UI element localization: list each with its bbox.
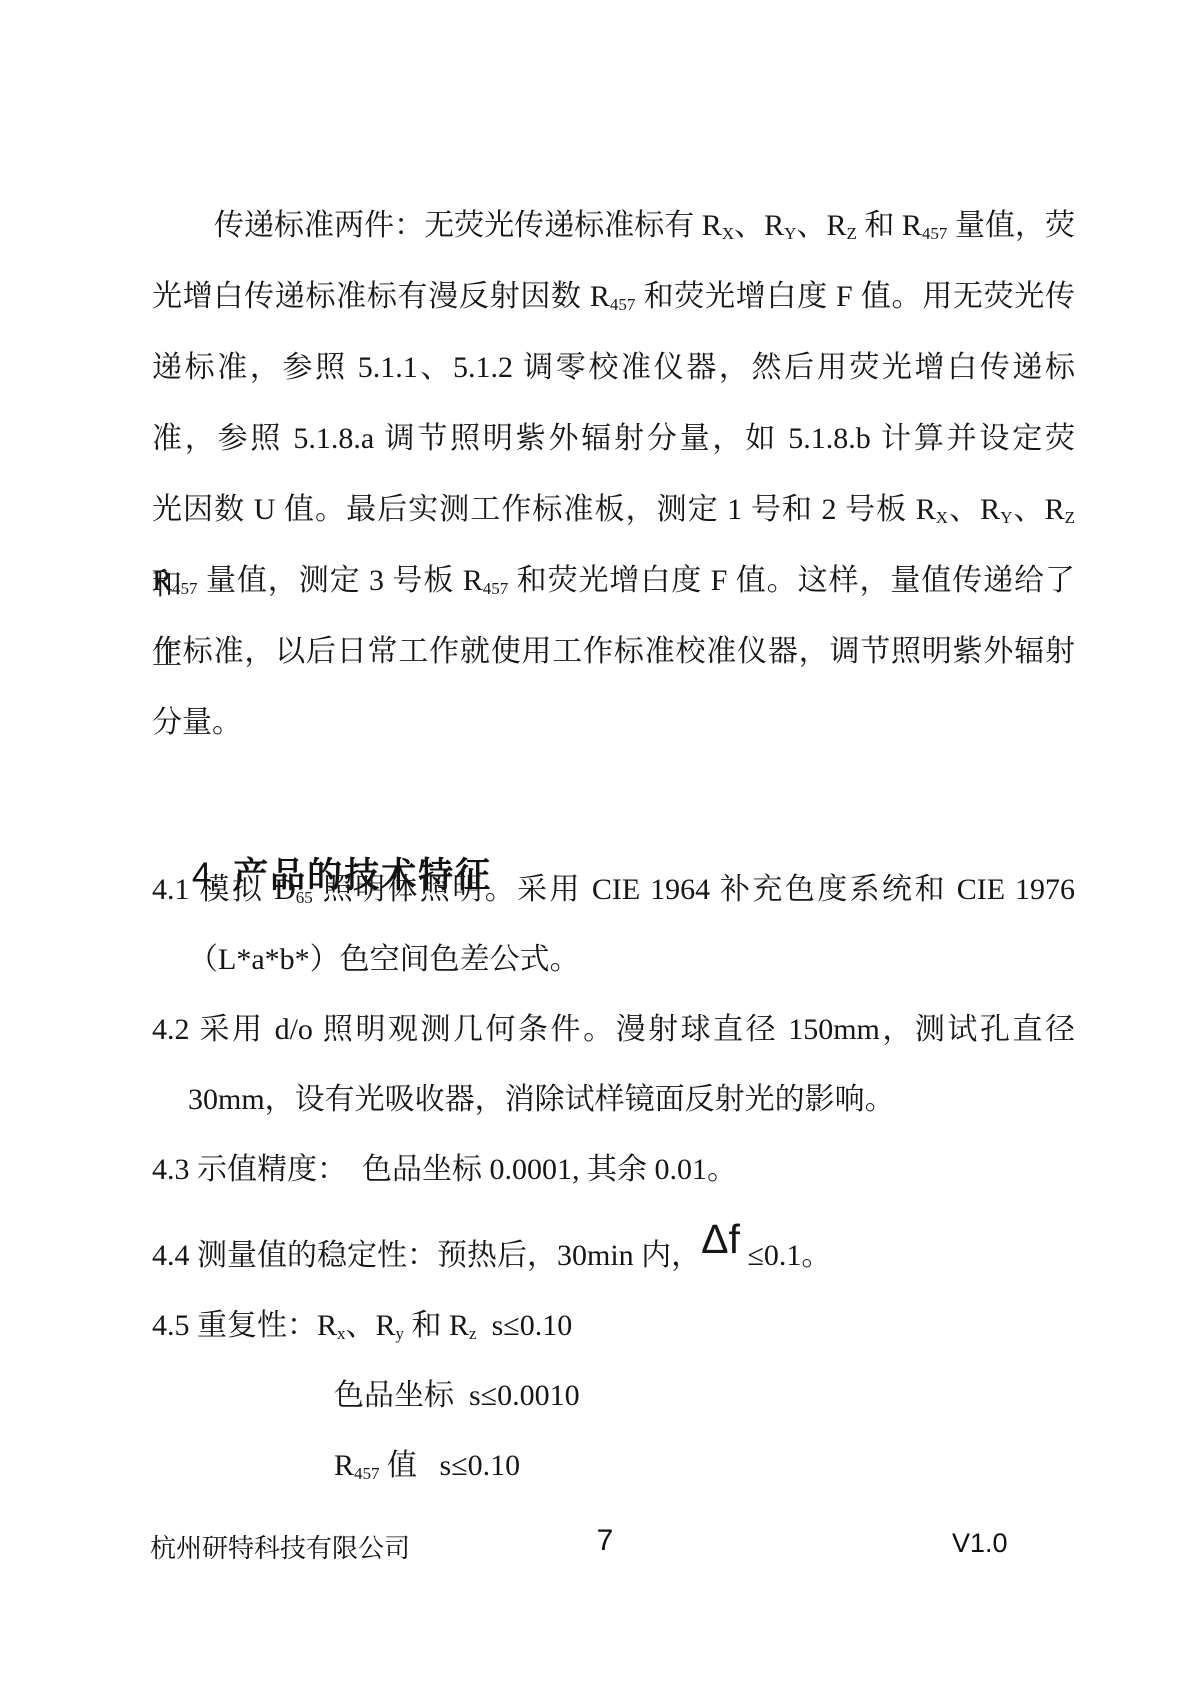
text-run: 4.3 示值精度： 色品坐标 0.0001, 其余 0.01。: [152, 1153, 737, 1186]
text-run: 和 R: [404, 1309, 469, 1342]
text-run: 、R: [346, 1309, 396, 1342]
text-run: 分量。: [152, 706, 242, 739]
subscript-text: Y: [1000, 508, 1012, 527]
subscript-text: z: [469, 1324, 477, 1343]
text-run: R: [334, 1449, 354, 1482]
text-run: ≤0.1。: [740, 1239, 831, 1272]
item-line-4-4: 4.4 测量值的稳定性：预热后，30min 内，Δf ≤0.1。: [152, 1205, 1075, 1291]
text-run: 量值，测定 3 号板 R: [198, 564, 483, 597]
text-run: 准，参照 5.1.8.a 调节照明紫外辐射分量，如 5.1.8.b 计算并设定荧: [152, 422, 1075, 455]
footer-page-number: 7: [555, 1524, 655, 1558]
page-footer: 杭州研特科技有限公司 7 V1.0: [0, 1524, 1200, 1564]
text-run: 递标准，参照 5.1.1、5.1.2 调零校准仪器，然后用荧光增白传递标: [152, 351, 1075, 384]
paragraph-line: R457 量值，测定 3 号板 R457 和荧光增白度 F 值。这样，量值传递给…: [152, 545, 1075, 616]
item-line-4-2: 4.2 采用 d/o 照明观测几何条件。漫射球直径 150mm，测试孔直径: [152, 995, 1075, 1065]
text-run: 值 s≤0.10: [380, 1449, 521, 1482]
text-run: 量值，荧: [947, 209, 1075, 242]
text-run: 色品坐标 s≤0.0010: [334, 1379, 580, 1412]
paragraph-line: 作标准，以后日常工作就使用工作标准校准仪器，调节照明紫外辐射: [152, 616, 1075, 687]
text-run: 4.5 重复性：R: [152, 1309, 337, 1342]
subscript-text: 457: [172, 579, 198, 598]
text-run: 传递标准两件：无荧光传递标准标有 R: [214, 209, 722, 242]
paragraph-line: 传递标准两件：无荧光传递标准标有 RX、RY、RZ 和 R457 量值，荧: [152, 190, 1075, 261]
subscript-text: 457: [483, 579, 509, 598]
item-line-4-1: 4.1 模拟 D65 照明体照明。采用 CIE 1964 补充色度系统和 CIE…: [152, 855, 1075, 925]
text-run: 4.2 采用 d/o 照明观测几何条件。漫射球直径 150mm，测试孔直径: [152, 1013, 1075, 1046]
text-run: 光因数 U 值。最后实测工作标准板，测定 1 号和 2 号板 R: [152, 493, 936, 526]
text-run: 、R: [796, 209, 846, 242]
subscript-text: 457: [354, 1464, 380, 1483]
subscript-text: 65: [296, 888, 313, 907]
paragraph-line: 光增白传递标准标有漫反射因数 R457 和荧光增白度 F 值。用无荧光传: [152, 261, 1075, 332]
text-run: 30mm，设有光吸收器，消除试样镜面反射光的影响。: [188, 1083, 895, 1116]
item-line-4-1-cont: （L*a*b*）色空间色差公式。: [152, 925, 1075, 995]
text-run: 光增白传递标准标有漫反射因数 R: [152, 280, 610, 313]
subscript-text: Y: [784, 224, 796, 243]
subscript-text: Z: [846, 224, 856, 243]
spec-items: 4.1 模拟 D65 照明体照明。采用 CIE 1964 补充色度系统和 CIE…: [152, 855, 1075, 1501]
text-run: 和荧光增白度 F 值。用无荧光传: [635, 280, 1075, 313]
paragraph-line: 准，参照 5.1.8.a 调节照明紫外辐射分量，如 5.1.8.b 计算并设定荧: [152, 403, 1075, 474]
section-heading: 4.产品的技术特征: [153, 798, 492, 850]
footer-company: 杭州研特科技有限公司: [150, 1528, 410, 1565]
text-run: s≤0.10: [477, 1309, 573, 1342]
text-run: 4.1 模拟 D: [152, 873, 296, 906]
text-run: 、R: [1012, 493, 1064, 526]
subscript-text: Z: [1065, 508, 1075, 527]
text-run: 和 R: [857, 209, 922, 242]
text-run: （L*a*b*）色空间色差公式。: [188, 943, 580, 976]
subscript-text: X: [936, 508, 948, 527]
delta-f-symbol: Δf: [701, 1216, 740, 1262]
subscript-text: y: [396, 1324, 405, 1343]
item-line-4-5-cont: R457 值 s≤0.10: [152, 1431, 1075, 1501]
item-line-4-5: 4.5 重复性：Rx、Ry 和 Rz s≤0.10: [152, 1291, 1075, 1361]
text-run: 、R: [734, 209, 784, 242]
document-page: 传递标准两件：无荧光传递标准标有 RX、RY、RZ 和 R457 量值，荧 光增…: [0, 0, 1200, 1702]
text-run: R: [152, 564, 172, 597]
body-paragraph: 传递标准两件：无荧光传递标准标有 RX、RY、RZ 和 R457 量值，荧 光增…: [152, 190, 1075, 758]
subscript-text: x: [337, 1324, 346, 1343]
paragraph-line: 分量。: [152, 687, 1075, 758]
text-run: 4.4 测量值的稳定性：预热后，30min 内，: [152, 1239, 701, 1272]
item-line-4-3: 4.3 示值精度： 色品坐标 0.0001, 其余 0.01。: [152, 1135, 1075, 1205]
text-run: 照明体照明。采用 CIE 1964 补充色度系统和 CIE 1976: [313, 873, 1075, 906]
text-run: 、R: [948, 493, 1000, 526]
subscript-text: 457: [922, 224, 948, 243]
footer-version: V1.0: [952, 1528, 1008, 1559]
item-line-4-2-cont: 30mm，设有光吸收器，消除试样镜面反射光的影响。: [152, 1065, 1075, 1135]
subscript-text: 457: [610, 295, 636, 314]
text-run: 作标准，以后日常工作就使用工作标准校准仪器，调节照明紫外辐射: [152, 635, 1075, 668]
paragraph-line: 光因数 U 值。最后实测工作标准板，测定 1 号和 2 号板 RX、RY、RZ …: [152, 474, 1075, 545]
subscript-text: X: [722, 224, 734, 243]
paragraph-line: 递标准，参照 5.1.1、5.1.2 调零校准仪器，然后用荧光增白传递标: [152, 332, 1075, 403]
item-line-4-5-cont: 色品坐标 s≤0.0010: [152, 1361, 1075, 1431]
